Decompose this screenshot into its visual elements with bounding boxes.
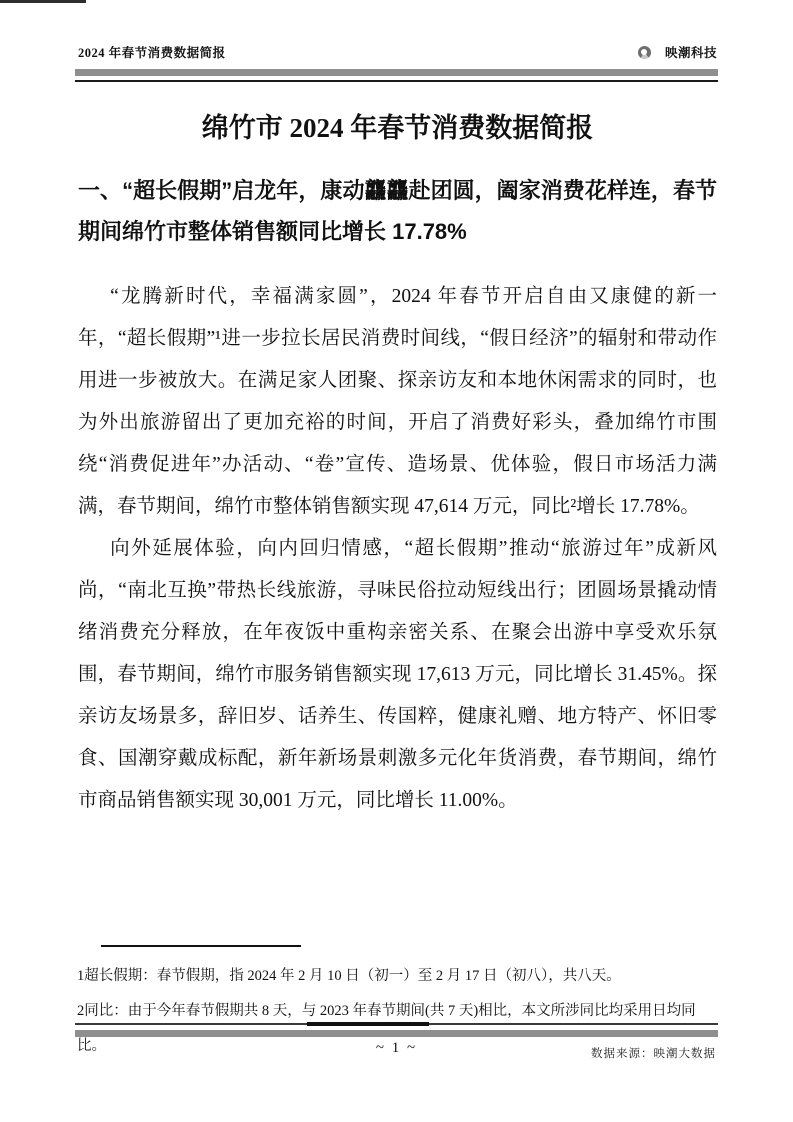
body-paragraph-2: 向外延展体验，向内回归情感，“超长假期”推动“旅游过年”成新风尚，“南北互换”带… [78,528,717,822]
page-header: 2024 年春节消费数据简报 映潮科技 [78,43,717,61]
header-brand: 映潮科技 [638,43,717,61]
footnote-1: 1超长假期：春节假期，指 2024 年 2 月 10 日（初一）至 2 月 17… [77,959,717,994]
section-heading: 一、“超长假期”启龙年，康动龘龘赴团圆，阖家消费花样连，春节期间绵竹市整体销售额… [78,170,717,252]
document-page: 2024 年春节消费数据简报 映潮科技 绵竹市 2024 年春节消费数据简报 一… [0,0,793,1122]
footer-accent-bar [75,1030,718,1037]
footnote-separator [101,945,301,947]
header-rule [75,80,718,82]
page-footer: ~ 1 ~ 数据来源：映潮大数据 [75,1040,718,1064]
document-title: 绵竹市 2024 年春节消费数据简报 [78,106,717,150]
header-title: 2024 年春节消费数据简报 [78,43,226,61]
header-accent-bar [75,69,718,76]
footer-rule-dark-segment [307,1022,429,1026]
swirl-circle-icon [638,46,651,59]
scan-artifact-line [0,0,86,3]
brand-name: 映潮科技 [665,43,717,61]
body-paragraph-1: “龙腾新时代，幸福满家圆”，2024 年春节开启自由又康健的新一年，“超长假期”… [78,276,717,528]
document-body: 绵竹市 2024 年春节消费数据简报 一、“超长假期”启龙年，康动龘龘赴团圆，阖… [78,98,717,822]
data-source-label: 数据来源：映潮大数据 [591,1045,716,1061]
